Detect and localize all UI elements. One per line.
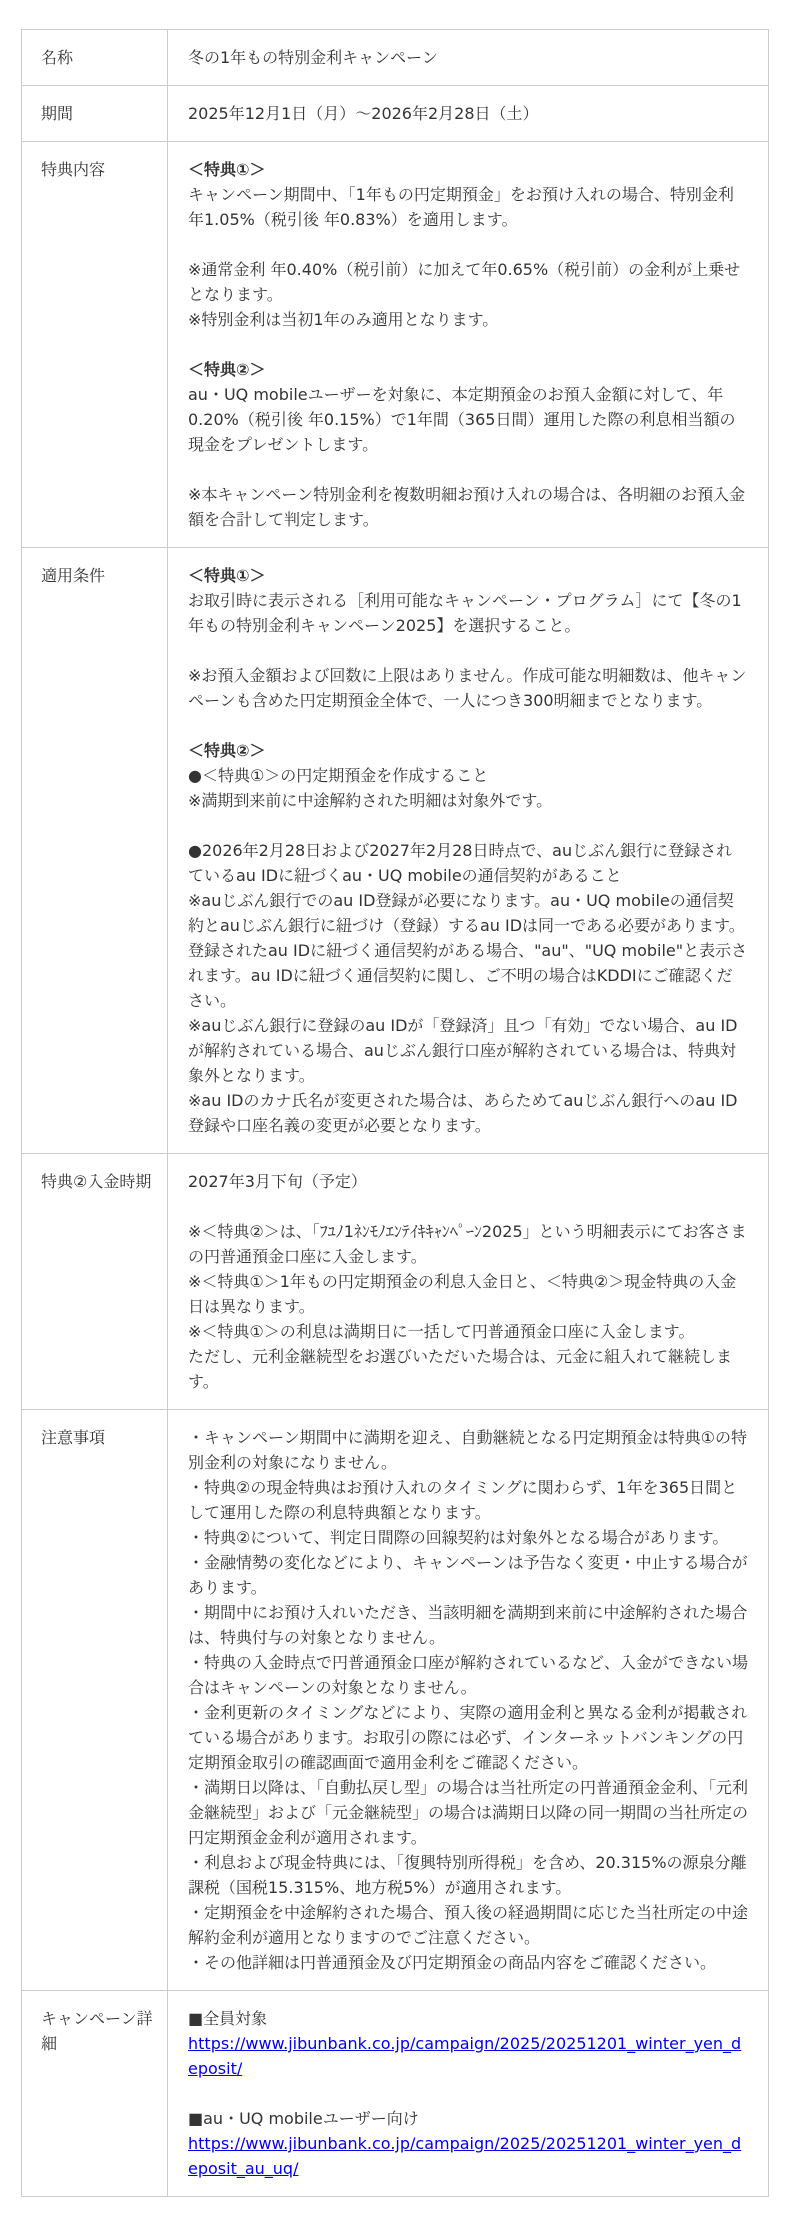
paragraph: ＜特典①＞ [188, 563, 748, 588]
paragraph: ※＜特典①＞1年もの円定期預金の利息入金日と、＜特典②＞現金特典の入金日は異なり… [188, 1269, 748, 1319]
paragraph: au・UQ mobileユーザーを対象に、本定期預金のお預入金額に対して、年0.… [188, 382, 748, 457]
table-row-notes: 注意事項・キャンペーン期間中に満期を迎え、自動継続となる円定期預金は特典①の特別… [22, 1410, 769, 1991]
paragraph: 2025年12月1日（月）～2026年2月28日（土） [188, 101, 748, 126]
row-label-benefit2-deposit-timing: 特典②入金時期 [22, 1154, 168, 1410]
paragraph: ※通常金利 年0.40%（税引前）に加えて年0.65%（税引前）の金利が上乗せと… [188, 257, 748, 307]
paragraph: ・特典②の現金特典はお預け入れのタイミングに関わらず、1年を365日間として運用… [188, 1475, 748, 1525]
paragraph: ・金融情勢の変化などにより、キャンペーンは予告なく変更・中止する場合があります。 [188, 1550, 748, 1600]
paragraph-spacer [188, 232, 748, 257]
paragraph: ＜特典②＞ [188, 738, 748, 763]
paragraph: ・キャンペーン期間中に満期を迎え、自動継続となる円定期預金は特典①の特別金利の対… [188, 1425, 748, 1475]
paragraph: https://www.jibunbank.co.jp/campaign/202… [188, 2131, 748, 2181]
paragraph: ・利息および現金特典には、「復興特別所得税」を含め、20.315%の源泉分離課税… [188, 1850, 748, 1900]
row-value-conditions: ＜特典①＞お取引時に表示される［利用可能なキャンペーン・プログラム］にて【冬の1… [168, 548, 769, 1154]
campaign-link[interactable]: https://www.jibunbank.co.jp/campaign/202… [188, 2134, 741, 2178]
paragraph: 冬の1年もの特別金利キャンペーン [188, 45, 748, 70]
row-value-notes: ・キャンペーン期間中に満期を迎え、自動継続となる円定期預金は特典①の特別金利の対… [168, 1410, 769, 1991]
paragraph: ・特典②について、判定日間際の回線契約は対象外となる場合があります。 [188, 1525, 748, 1550]
paragraph: ※＜特典①＞の利息は満期日に一括して円普通預金口座に入金します。 [188, 1319, 748, 1344]
paragraph: https://www.jibunbank.co.jp/campaign/202… [188, 2031, 748, 2081]
paragraph: ただし、元利金継続型をお選びいただいた場合は、元金に組入れて継続します。 [188, 1344, 748, 1394]
paragraph: ■au・UQ mobileユーザー向け [188, 2106, 748, 2131]
table-row-campaign-details: キャンペーン詳細■全員対象https://www.jibunbank.co.jp… [22, 1991, 769, 2197]
paragraph: ※本キャンペーン特別金利を複数明細お預け入れの場合は、各明細のお預入金額を合計し… [188, 482, 748, 532]
paragraph-spacer [188, 713, 748, 738]
table-row-conditions: 適用条件＜特典①＞お取引時に表示される［利用可能なキャンペーン・プログラム］にて… [22, 548, 769, 1154]
paragraph-spacer [188, 457, 748, 482]
campaign-table-body: 名称冬の1年もの特別金利キャンペーン期間2025年12月1日（月）～2026年2… [22, 30, 769, 2197]
campaign-info-table: 名称冬の1年もの特別金利キャンペーン期間2025年12月1日（月）～2026年2… [21, 29, 769, 2197]
paragraph: ・定期預金を中途解約された場合、預入後の経過期間に応じた当社所定の中途解約金利が… [188, 1900, 748, 1950]
row-label-conditions: 適用条件 [22, 548, 168, 1154]
paragraph-spacer [188, 638, 748, 663]
paragraph-spacer [188, 332, 748, 357]
paragraph: 2027年3月下旬（予定） [188, 1169, 748, 1194]
paragraph: ・金利更新のタイミングなどにより、実際の適用金利と異なる金利が掲載されている場合… [188, 1700, 748, 1775]
paragraph: ※満期到来前に中途解約された明細は対象外です。 [188, 788, 748, 813]
paragraph: ※auじぶん銀行に登録のau IDが「登録済」且つ「有効」でない場合、au ID… [188, 1013, 748, 1088]
row-value-period: 2025年12月1日（月）～2026年2月28日（土） [168, 86, 769, 142]
paragraph: ※お預入金額および回数に上限はありません。作成可能な明細数は、他キャンペーンも含… [188, 663, 748, 713]
paragraph: ●＜特典①＞の円定期預金を作成すること [188, 763, 748, 788]
paragraph: ●2026年2月28日および2027年2月28日時点で、auじぶん銀行に登録され… [188, 838, 748, 888]
paragraph: ・期間中にお預け入れいただき、当該明細を満期到来前に中途解約された場合は、特典付… [188, 1600, 748, 1650]
row-value-name: 冬の1年もの特別金利キャンペーン [168, 30, 769, 86]
paragraph: ＜特典①＞ [188, 157, 748, 182]
row-value-campaign-details: ■全員対象https://www.jibunbank.co.jp/campaig… [168, 1991, 769, 2197]
row-label-period: 期間 [22, 86, 168, 142]
paragraph: ※au IDのカナ氏名が変更された場合は、あらためてauじぶん銀行へのau ID… [188, 1088, 748, 1138]
paragraph: ■全員対象 [188, 2006, 748, 2031]
paragraph: ・満期日以降は、「自動払戻し型」の場合は当社所定の円普通預金金利、「元利金継続型… [188, 1775, 748, 1850]
row-label-campaign-details: キャンペーン詳細 [22, 1991, 168, 2197]
paragraph: ・特典の入金時点で円普通預金口座が解約されているなど、入金ができない場合はキャン… [188, 1650, 748, 1700]
paragraph: お取引時に表示される［利用可能なキャンペーン・プログラム］にて【冬の1年もの特別… [188, 588, 748, 638]
paragraph: ※特別金利は当初1年のみ適用となります。 [188, 307, 748, 332]
table-row-period: 期間2025年12月1日（月）～2026年2月28日（土） [22, 86, 769, 142]
paragraph-spacer [188, 1194, 748, 1219]
campaign-link[interactable]: https://www.jibunbank.co.jp/campaign/202… [188, 2034, 741, 2078]
table-row-benefit2-deposit-timing: 特典②入金時期2027年3月下旬（予定）※＜特典②＞は、「ﾌﾕﾉ1ﾈﾝﾓﾉｴﾝﾃ… [22, 1154, 769, 1410]
paragraph: ※auじぶん銀行でのau ID登録が必要になります。au・UQ mobileの通… [188, 888, 748, 1013]
table-row-benefit-details: 特典内容＜特典①＞キャンペーン期間中、「1年もの円定期預金」をお預け入れの場合、… [22, 142, 769, 548]
table-row-name: 名称冬の1年もの特別金利キャンペーン [22, 30, 769, 86]
row-label-notes: 注意事項 [22, 1410, 168, 1991]
row-label-name: 名称 [22, 30, 168, 86]
paragraph: ・その他詳細は円普通預金及び円定期預金の商品内容をご確認ください。 [188, 1950, 748, 1975]
paragraph: キャンペーン期間中、「1年もの円定期預金」をお預け入れの場合、特別金利 年1.0… [188, 182, 748, 232]
row-label-benefit-details: 特典内容 [22, 142, 168, 548]
paragraph-spacer [188, 2081, 748, 2106]
row-value-benefit-details: ＜特典①＞キャンペーン期間中、「1年もの円定期預金」をお預け入れの場合、特別金利… [168, 142, 769, 548]
row-value-benefit2-deposit-timing: 2027年3月下旬（予定）※＜特典②＞は、「ﾌﾕﾉ1ﾈﾝﾓﾉｴﾝﾃｲｷｷｬﾝﾍﾟ… [168, 1154, 769, 1410]
paragraph-spacer [188, 813, 748, 838]
paragraph: ＜特典②＞ [188, 357, 748, 382]
paragraph: ※＜特典②＞は、「ﾌﾕﾉ1ﾈﾝﾓﾉｴﾝﾃｲｷｷｬﾝﾍﾟｰﾝ2025」という明細表… [188, 1219, 748, 1269]
